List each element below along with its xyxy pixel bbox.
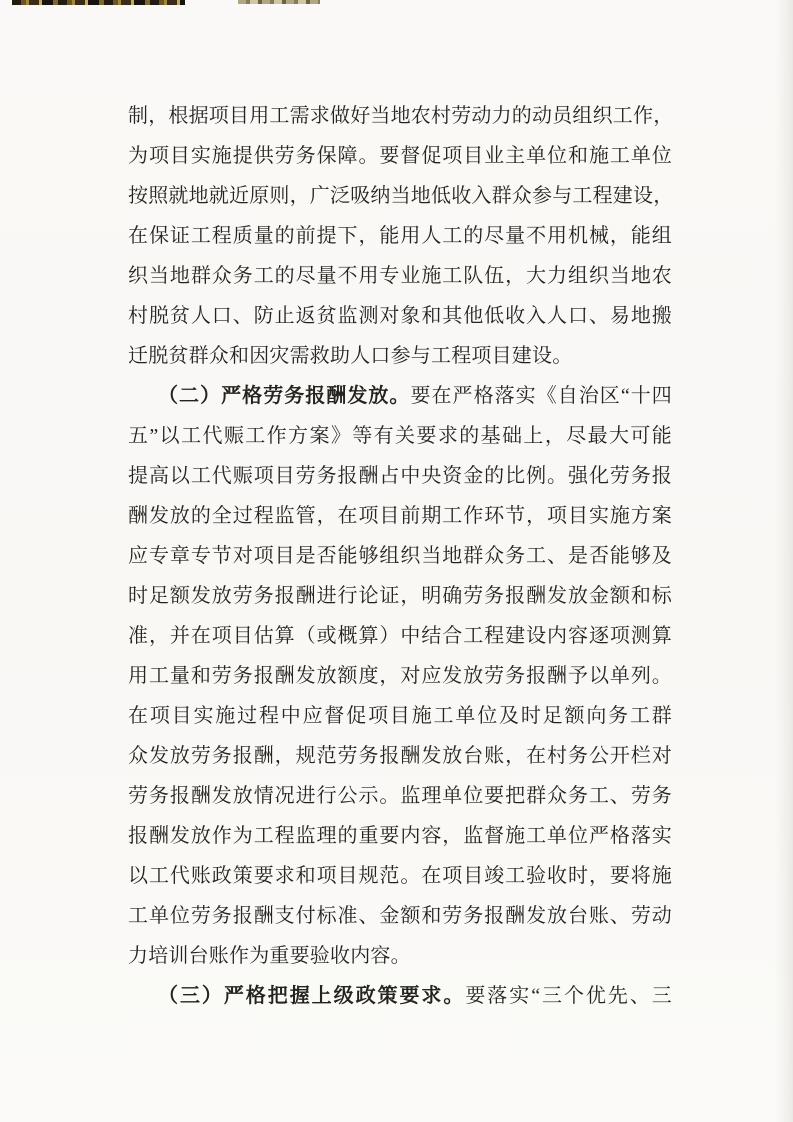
text-line: （三）严格把握上级政策要求。要落实“三个优先、三 [128,976,672,1016]
paragraph-heading: （二）严格劳务报酬发放。 [158,385,410,407]
line-text: 迁脱贫群众和因灾需救助人口参与工程项目建设。 [128,345,572,367]
text-line: 酬发放的全过程监管，在项目前期工作环节，项目实施方案 [128,496,672,536]
line-text: 在项目实施过程中应督促项目施工单位及时足额向务工群 [128,705,672,727]
text-line: （二）严格劳务报酬发放。要在严格落实《自治区“十四 [128,376,672,416]
line-text: 织当地群众务工的尽量不用专业施工队伍，大力组织当地农 [128,265,672,287]
line-text: 众发放劳务报酬，规范劳务报酬发放台账，在村务公开栏对 [128,745,672,767]
text-line: 五”以工代赈工作方案》等有关要求的基础上，尽最大可能 [128,416,672,456]
text-line: 按照就地就近原则，广泛吸纳当地低收入群众参与工程建设， [128,176,672,216]
line-text: 制，根据项目用工需求做好当地农村劳动力的动员组织工作， [128,105,673,127]
line-text: 应专章专节对项目是否能够组织当地群众务工、是否能够及 [128,545,672,567]
text-line: 时足额发放劳务报酬进行论证，明确劳务报酬发放金额和标 [128,576,672,616]
line-text: 酬发放的全过程监管，在项目前期工作环节，项目实施方案 [128,505,672,527]
text-line: 村脱贫人口、防止返贫监测对象和其他低收入人口、易地搬 [128,296,672,336]
text-line: 迁脱贫群众和因灾需救助人口参与工程项目建设。 [128,336,672,376]
text-line: 应专章专节对项目是否能够组织当地群众务工、是否能够及 [128,536,672,576]
text-line: 制，根据项目用工需求做好当地农村劳动力的动员组织工作， [128,96,672,136]
line-text: 准，并在项目估算（或概算）中结合工程建设内容逐项测算 [128,625,672,647]
text-line: 在项目实施过程中应督促项目施工单位及时足额向务工群 [128,696,672,736]
text-line: 报酬发放作为工程监理的重要内容，监督施工单位严格落实 [128,816,672,856]
scanned-document-textblock: 制，根据项目用工需求做好当地农村劳动力的动员组织工作， 为项目实施提供劳务保障。… [128,96,672,1016]
text-line: 众发放劳务报酬，规范劳务报酬发放台账，在村务公开栏对 [128,736,672,776]
text-line: 为项目实施提供劳务保障。要督促项目业主单位和施工单位 [128,136,672,176]
line-text: 按照就地就近原则，广泛吸纳当地低收入群众参与工程建设， [128,185,673,207]
line-text: 以工代账政策要求和项目规范。在项目竣工验收时，要将施 [128,865,672,887]
line-text: 五”以工代赈工作方案》等有关要求的基础上，尽最大可能 [128,425,672,447]
line-text: 要在严格落实《自治区“十四 [410,385,672,407]
line-text: 工单位劳务报酬支付标准、金额和劳务报酬发放台账、劳动 [128,905,672,927]
line-text: 在保证工程质量的前提下，能用人工的尽量不用机械，能组 [128,225,672,247]
text-line: 用工量和劳务报酬发放额度，对应发放劳务报酬予以单列。 [128,656,672,696]
text-line: 在保证工程质量的前提下，能用人工的尽量不用机械，能组 [128,216,672,256]
line-text: 劳务报酬发放情况进行公示。监理单位要把群众务工、劳务 [128,785,672,807]
line-text: 时足额发放劳务报酬进行论证，明确劳务报酬发放金额和标 [128,585,672,607]
line-text: 为项目实施提供劳务保障。要督促项目业主单位和施工单位 [128,145,672,167]
line-text: 用工量和劳务报酬发放额度，对应发放劳务报酬予以单列。 [128,665,672,687]
paper-edge-right [775,0,793,1122]
text-line: 以工代账政策要求和项目规范。在项目竣工验收时，要将施 [128,856,672,896]
line-text: 要落实“三个优先、三 [465,985,672,1007]
line-text: 提高以工代赈项目劳务报酬占中央资金的比例。强化劳务报 [128,465,672,487]
text-line: 提高以工代赈项目劳务报酬占中央资金的比例。强化劳务报 [128,456,672,496]
text-line: 工单位劳务报酬支付标准、金额和劳务报酬发放台账、劳动 [128,896,672,936]
paragraph-heading: （三）严格把握上级政策要求。 [158,985,465,1007]
text-line: 劳务报酬发放情况进行公示。监理单位要把群众务工、劳务 [128,776,672,816]
photo-edge-strip-light [238,0,320,4]
text-line: 织当地群众务工的尽量不用专业施工队伍，大力组织当地农 [128,256,672,296]
line-text: 村脱贫人口、防止返贫监测对象和其他低收入人口、易地搬 [128,305,672,327]
photo-edge-strip-dark [12,0,185,5]
line-text: 力培训台账作为重要验收内容。 [128,945,411,967]
text-line: 力培训台账作为重要验收内容。 [128,936,672,976]
text-line: 准，并在项目估算（或概算）中结合工程建设内容逐项测算 [128,616,672,656]
line-text: 报酬发放作为工程监理的重要内容，监督施工单位严格落实 [128,825,672,847]
